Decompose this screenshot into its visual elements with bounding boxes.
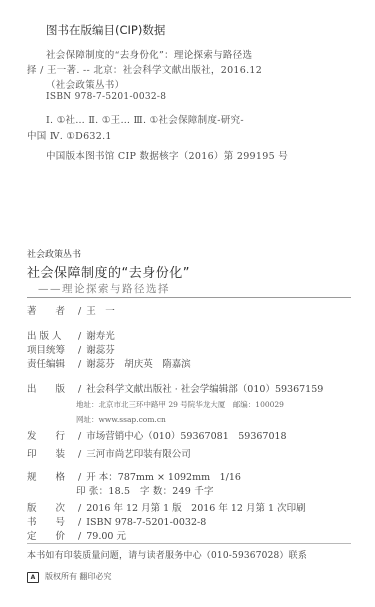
divider-top [27,297,351,298]
pub-price: 定 价 / 79.00 元 [27,528,126,542]
pub-spec: 规 格 / 开 本：787mm × 1092mm 1/16 [27,469,241,483]
pub-spec-value: 开 本：787mm × 1092mm 1/16 [86,472,241,483]
series-name: 社会政策丛书 [27,247,81,260]
cip-line-record: 中国版本图书馆 CIP 数据核字（2016）第 299195 号 [46,148,288,162]
pub-distribution-label: 发 行 [27,428,75,442]
credit-author-value: 王 一 [86,306,115,317]
pub-printing-value: 三河市尚艺印装有限公司 [86,449,191,460]
pub-printing-label: 印 装 [27,446,75,460]
pub-printing: 印 装 / 三河市尚艺印装有限公司 [27,446,191,460]
publisher-logo-icon: A [27,572,39,583]
cip-line-3: （社会政策丛书） [46,77,124,91]
credit-editors-label: 责任编辑 [27,356,75,370]
credit-project-lead-value: 谢蕊芬 [86,345,115,356]
cip-title: 图书在版编目(CIP)数据 [46,22,165,38]
cip-line-isbn: ISBN 978-7-5201-0032-8 [46,92,166,102]
pub-publisher-label: 出 版 [27,381,75,395]
cip-line-2: 择 / 王一著. -- 北京：社会科学文献出版社，2016.12 [27,62,262,76]
cip-line-classification: Ⅰ. ①社… Ⅱ. ①王… Ⅲ. ①社会保障制度-研究- [46,112,244,126]
pub-isbn-value: ISBN 978-7-5201-0032-8 [86,517,206,528]
pub-edition-label: 版 次 [27,500,75,514]
quality-notice: 本书如有印装质量问题，请与读者服务中心（010-59367028）联系 [27,548,307,561]
pub-address: 地址：北京市北三环中路甲 29 号院华龙大厦 邮编：100029 [76,399,284,410]
copyright-text: 版权所有 翻印必究 [45,572,112,581]
pub-website: 网址：www.ssap.com.cn [76,414,166,425]
credit-author-label: 著 者 [27,303,75,317]
credit-project-lead: 项目统筹 / 谢蕊芬 [27,342,115,356]
pub-isbn: 书 号 / ISBN 978-7-5201-0032-8 [27,514,206,528]
book-subtitle: ——理论探索与路径选择 [38,281,170,296]
pub-isbn-label: 书 号 [27,514,75,528]
cip-line-classification-2: 中国 Ⅳ. ①D632.1 [27,128,112,142]
credit-publisher-person-value: 谢寿光 [86,331,115,342]
credit-author: 著 者 / 王 一 [27,303,115,317]
credit-publisher-person: 出 版 人 / 谢寿光 [27,328,115,342]
pub-distribution-value: 市场营销中心（010）59367081 59367018 [86,431,286,442]
credit-project-lead-label: 项目统筹 [27,342,75,356]
pub-price-value: 79.00 元 [86,531,126,542]
pub-edition-value: 2016 年 12 月第 1 版 2016 年 12 月第 1 次印刷 [86,503,305,514]
divider-bottom [27,543,351,544]
pub-publisher-value: 社会科学文献出版社 · 社会学编辑部（010）59367159 [86,384,323,395]
credit-publisher-person-label: 出 版 人 [27,328,75,342]
book-title: 社会保障制度的“去身份化” [27,262,190,281]
credit-editors-value: 谢蕊芬 胡庆英 隋嘉滨 [86,359,191,370]
pub-price-label: 定 价 [27,528,75,542]
pub-spec-label: 规 格 [27,469,75,483]
pub-publisher: 出 版 / 社会科学文献出版社 · 社会学编辑部（010）59367159 [27,381,323,395]
copyright-line: A版权所有 翻印必究 [27,571,112,583]
pub-edition: 版 次 / 2016 年 12 月第 1 版 2016 年 12 月第 1 次印… [27,500,306,514]
credit-editors: 责任编辑 / 谢蕊芬 胡庆英 隋嘉滨 [27,356,191,370]
pub-distribution: 发 行 / 市场营销中心（010）59367081 59367018 [27,428,287,442]
cip-line-1: 社会保障制度的“去身份化”：理论探索与路径选 [46,47,252,61]
pub-spec-2: 印 张：18.5 字 数：249 千字 [76,483,214,497]
